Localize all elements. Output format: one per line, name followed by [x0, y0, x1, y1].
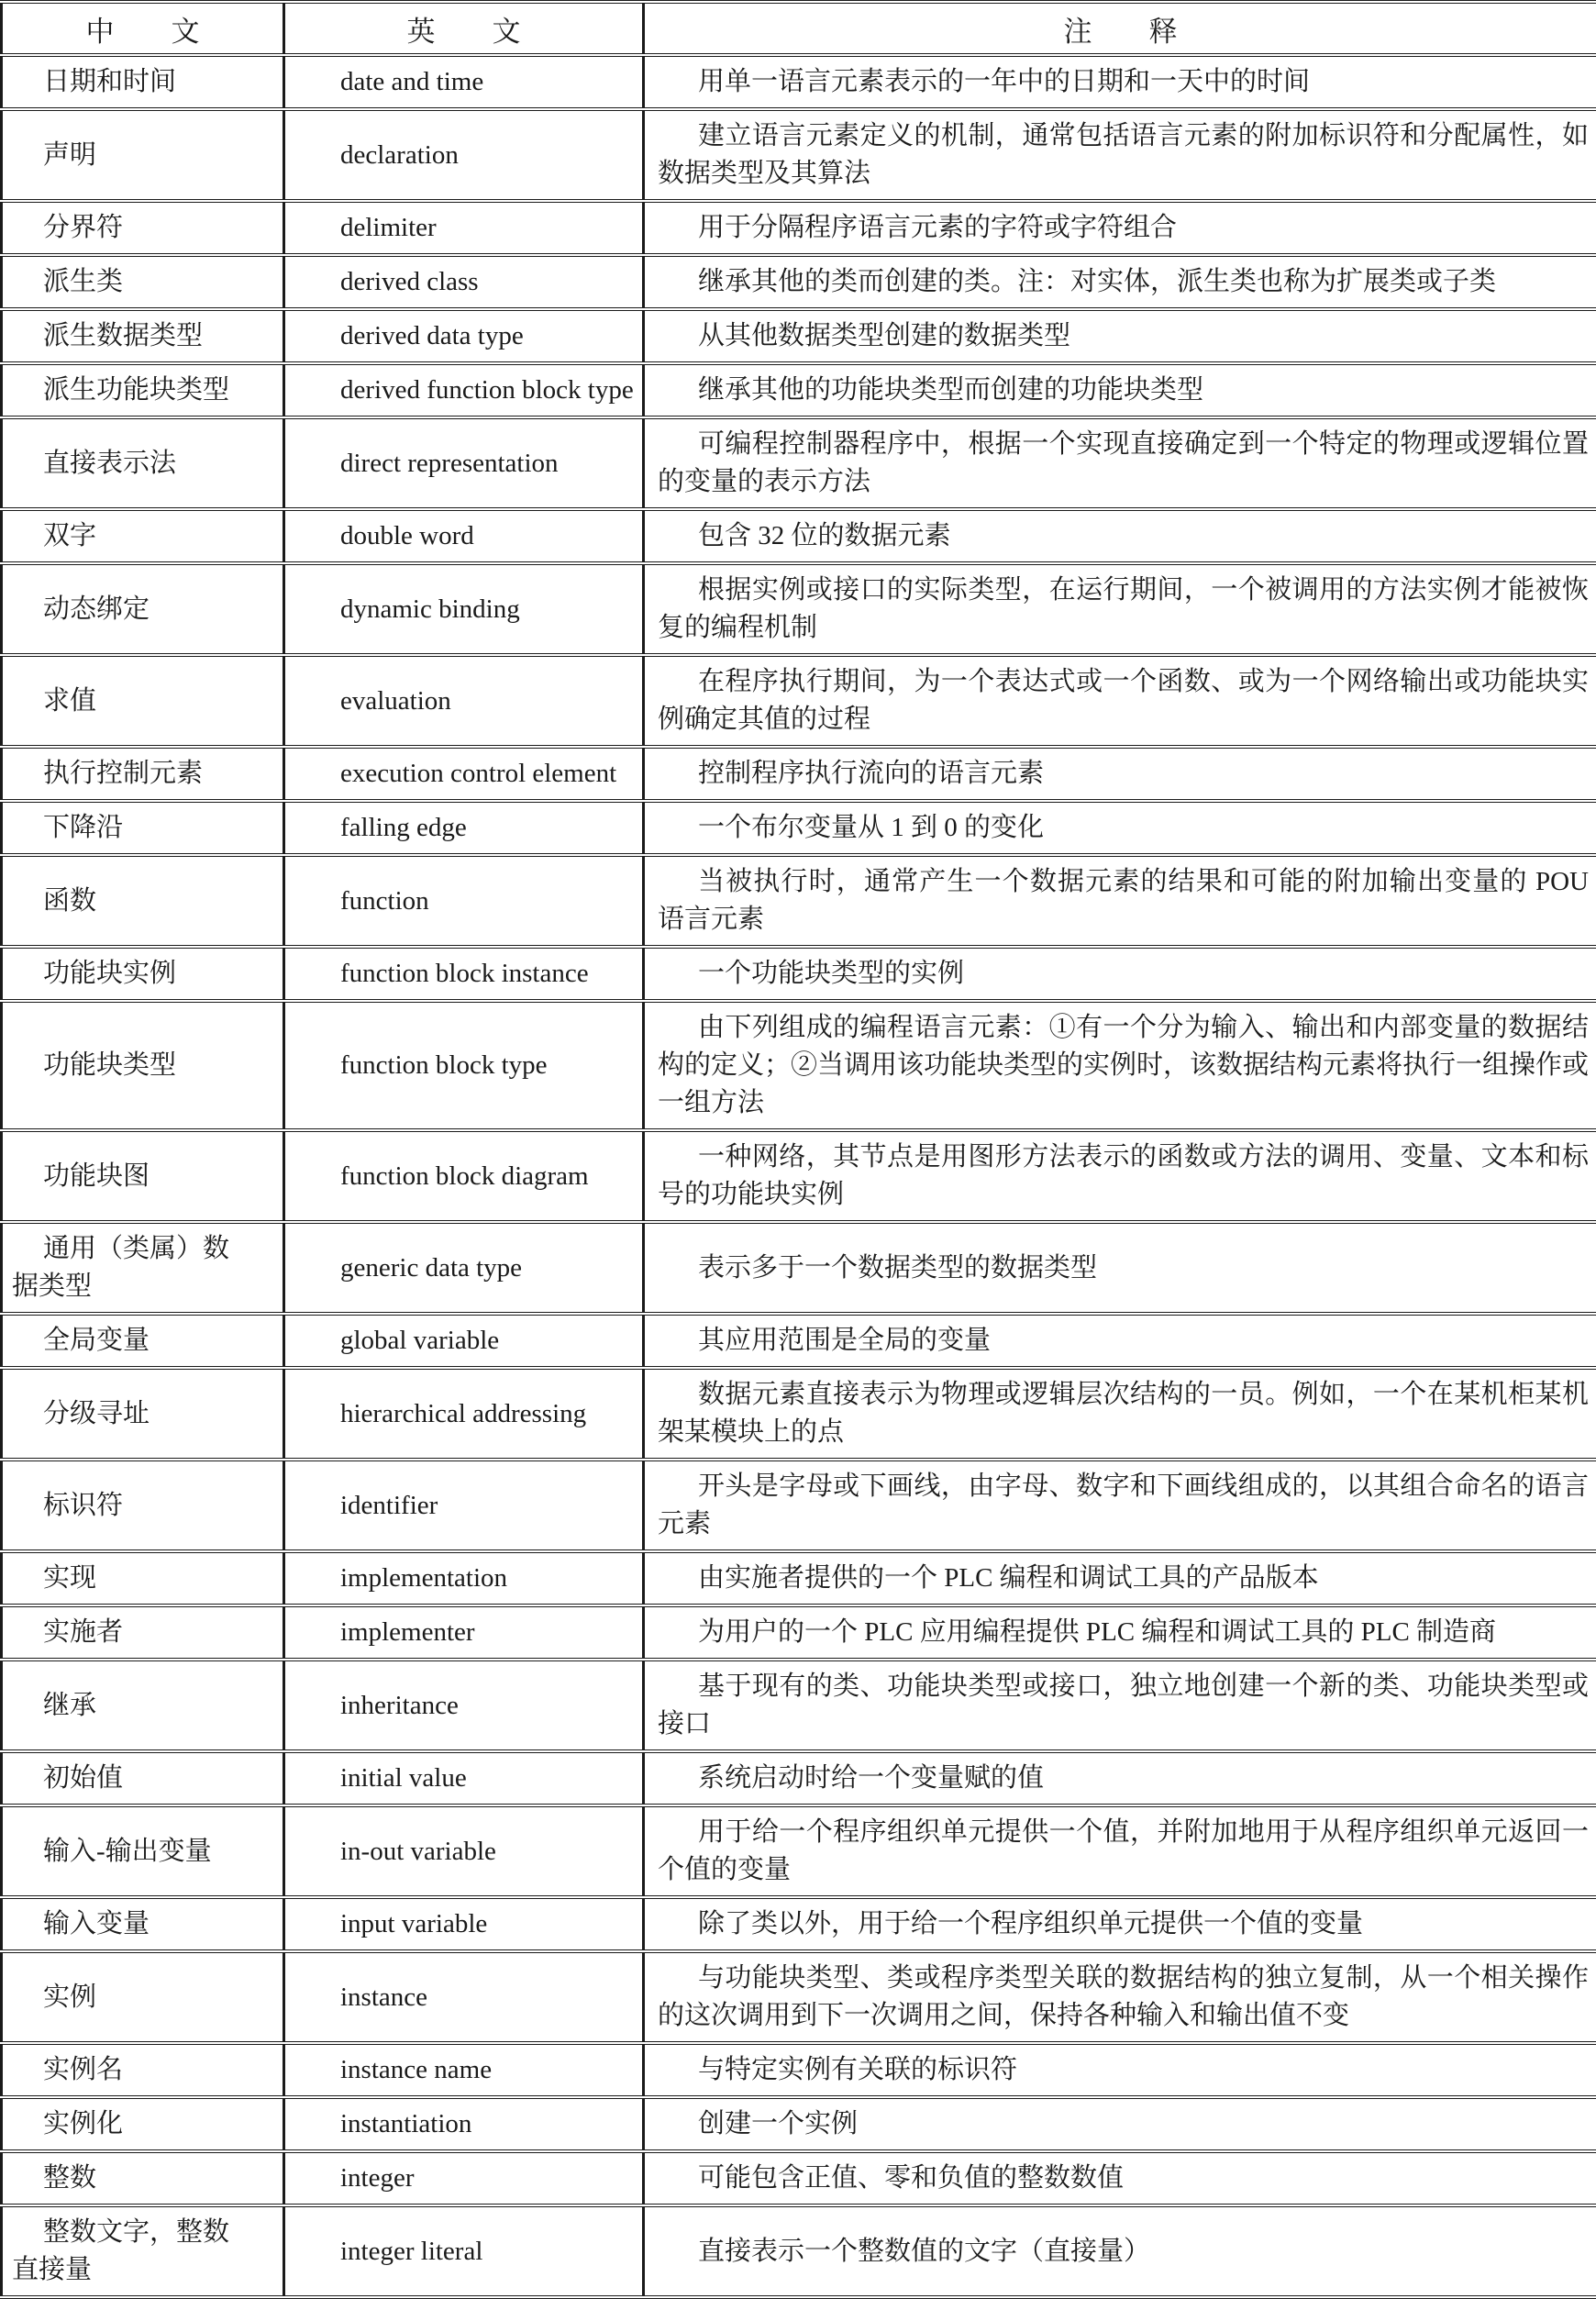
chinese-term-cell: 日期和时间 — [2, 55, 284, 109]
note-cell: 可能包含正值、零和负值的整数数值 — [644, 2151, 1596, 2205]
table-row: 初始值initial value系统启动时给一个变量赋的值 — [2, 1751, 1596, 1805]
table-row: 下降沿falling edge一个布尔变量从 1 到 0 的变化 — [2, 801, 1596, 855]
chinese-term-cell: 分界符 — [2, 201, 284, 255]
english-term-cell: execution control element — [284, 747, 644, 801]
note-cell: 继承其他的类而创建的类。注：对实体，派生类也称为扩展类或子类 — [644, 255, 1596, 309]
chinese-term-cell: 输入变量 — [2, 1897, 284, 1951]
english-term-cell: identifier — [284, 1460, 644, 1551]
english-term-cell: derived class — [284, 255, 644, 309]
english-term-cell: dynamic binding — [284, 563, 644, 655]
table-body: 日期和时间date and time用单一语言元素表示的一年中的日期和一天中的时… — [2, 55, 1596, 2297]
note-cell: 数据元素直接表示为物理或逻辑层次结构的一员。例如，一个在某机柜某机架某模块上的点 — [644, 1368, 1596, 1460]
table-row: 派生类derived class继承其他的类而创建的类。注：对实体，派生类也称为… — [2, 255, 1596, 309]
english-term-cell: implementation — [284, 1551, 644, 1605]
chinese-term-cell: 动态绑定 — [2, 563, 284, 655]
header-row: 中 文 英 文 注 释 — [2, 2, 1596, 55]
note-cell: 表示多于一个数据类型的数据类型 — [644, 1222, 1596, 1314]
english-term-cell: delimiter — [284, 201, 644, 255]
table-row: 输入变量input variable除了类以外，用于给一个程序组织单元提供一个值… — [2, 1897, 1596, 1951]
chinese-term-cell: 派生类 — [2, 255, 284, 309]
table-row: 派生功能块类型derived function block type继承其他的功… — [2, 363, 1596, 417]
table-row: 双字double word包含 32 位的数据元素 — [2, 509, 1596, 563]
chinese-term-cell: 实例 — [2, 1951, 284, 2043]
note-cell: 用于给一个程序组织单元提供一个值，并附加地用于从程序组织单元返回一个值的变量 — [644, 1805, 1596, 1897]
table-row: 日期和时间date and time用单一语言元素表示的一年中的日期和一天中的时… — [2, 55, 1596, 109]
glossary-table: 中 文 英 文 注 释 日期和时间date and time用单一语言元素表示的… — [0, 0, 1596, 2299]
table-row: 求值evaluation在程序执行期间，为一个表达式或一个函数、或为一个网络输出… — [2, 655, 1596, 747]
chinese-term-cell: 实例化 — [2, 2097, 284, 2151]
chinese-term-cell: 分级寻址 — [2, 1368, 284, 1460]
chinese-term-cell: 标识符 — [2, 1460, 284, 1551]
english-term-cell: integer — [284, 2151, 644, 2205]
english-term-cell: generic data type — [284, 1222, 644, 1314]
note-cell: 系统启动时给一个变量赋的值 — [644, 1751, 1596, 1805]
chinese-term-cell: 派生数据类型 — [2, 309, 284, 363]
table-row: 功能块类型function block type由下列组成的编程语言元素：①有一… — [2, 1001, 1596, 1130]
english-term-cell: instantiation — [284, 2097, 644, 2151]
table-row: 功能块图function block diagram一种网络，其节点是用图形方法… — [2, 1130, 1596, 1222]
table-row: 动态绑定dynamic binding根据实例或接口的实际类型，在运行期间，一个… — [2, 563, 1596, 655]
english-term-cell: instance name — [284, 2043, 644, 2097]
english-term-cell: hierarchical addressing — [284, 1368, 644, 1460]
note-cell: 其应用范围是全局的变量 — [644, 1314, 1596, 1368]
english-term-cell: derived function block type — [284, 363, 644, 417]
chinese-term-cell: 功能块类型 — [2, 1001, 284, 1130]
english-term-cell: evaluation — [284, 655, 644, 747]
chinese-term-cell: 功能块图 — [2, 1130, 284, 1222]
english-term-cell: initial value — [284, 1751, 644, 1805]
english-term-cell: integer literal — [284, 2205, 644, 2297]
note-cell: 建立语言元素定义的机制，通常包括语言元素的附加标识符和分配属性，如数据类型及其算… — [644, 109, 1596, 201]
chinese-term-cell: 双字 — [2, 509, 284, 563]
chinese-term-cell: 整数文字，整数直接量 — [2, 2205, 284, 2297]
table-row: 实现implementation由实施者提供的一个 PLC 编程和调试工具的产品… — [2, 1551, 1596, 1605]
english-term-cell: in-out variable — [284, 1805, 644, 1897]
chinese-term-cell: 实现 — [2, 1551, 284, 1605]
note-cell: 根据实例或接口的实际类型，在运行期间，一个被调用的方法实例才能被恢复的编程机制 — [644, 563, 1596, 655]
note-cell: 开头是字母或下画线，由字母、数字和下画线组成的，以其组合命名的语言元素 — [644, 1460, 1596, 1551]
chinese-term-cell: 功能块实例 — [2, 947, 284, 1001]
note-cell: 为用户的一个 PLC 应用编程提供 PLC 编程和调试工具的 PLC 制造商 — [644, 1605, 1596, 1660]
english-term-cell: global variable — [284, 1314, 644, 1368]
note-cell: 在程序执行期间，为一个表达式或一个函数、或为一个网络输出或功能块实例确定其值的过… — [644, 655, 1596, 747]
english-term-cell: implementer — [284, 1605, 644, 1660]
table-row: 实例化instantiation创建一个实例 — [2, 2097, 1596, 2151]
header-english: 英 文 — [284, 2, 644, 55]
note-cell: 基于现有的类、功能块类型或接口，独立地创建一个新的类、功能块类型或接口 — [644, 1660, 1596, 1751]
note-cell: 用于分隔程序语言元素的字符或字符组合 — [644, 201, 1596, 255]
table-row: 函数function当被执行时，通常产生一个数据元素的结果和可能的附加输出变量的… — [2, 855, 1596, 947]
note-cell: 控制程序执行流向的语言元素 — [644, 747, 1596, 801]
chinese-term-cell: 派生功能块类型 — [2, 363, 284, 417]
table-row: 输入-输出变量in-out variable用于给一个程序组织单元提供一个值，并… — [2, 1805, 1596, 1897]
document-page: { "colors": { "border": "#1a1a1a", "text… — [0, 0, 1596, 2299]
english-term-cell: date and time — [284, 55, 644, 109]
chinese-term-cell: 执行控制元素 — [2, 747, 284, 801]
table-row: 声明declaration建立语言元素定义的机制，通常包括语言元素的附加标识符和… — [2, 109, 1596, 201]
note-cell: 除了类以外，用于给一个程序组织单元提供一个值的变量 — [644, 1897, 1596, 1951]
note-cell: 由下列组成的编程语言元素：①有一个分为输入、输出和内部变量的数据结构的定义；②当… — [644, 1001, 1596, 1130]
note-cell: 与功能块类型、类或程序类型关联的数据结构的独立复制，从一个相关操作的这次调用到下… — [644, 1951, 1596, 2043]
table-row: 派生数据类型derived data type从其他数据类型创建的数据类型 — [2, 309, 1596, 363]
chinese-term-cell: 整数 — [2, 2151, 284, 2205]
table-row: 实施者implementer为用户的一个 PLC 应用编程提供 PLC 编程和调… — [2, 1605, 1596, 1660]
english-term-cell: function block diagram — [284, 1130, 644, 1222]
header-notes: 注 释 — [644, 2, 1596, 55]
table-row: 整数文字，整数直接量integer literal直接表示一个整数值的文字（直接… — [2, 2205, 1596, 2297]
note-cell: 从其他数据类型创建的数据类型 — [644, 309, 1596, 363]
note-cell: 创建一个实例 — [644, 2097, 1596, 2151]
chinese-term-cell: 通用（类属）数据类型 — [2, 1222, 284, 1314]
english-term-cell: falling edge — [284, 801, 644, 855]
note-cell: 继承其他的功能块类型而创建的功能块类型 — [644, 363, 1596, 417]
header-chinese: 中 文 — [2, 2, 284, 55]
note-cell: 与特定实例有关联的标识符 — [644, 2043, 1596, 2097]
chinese-term-cell: 直接表示法 — [2, 417, 284, 509]
english-term-cell: function block instance — [284, 947, 644, 1001]
chinese-term-cell: 函数 — [2, 855, 284, 947]
english-term-cell: inheritance — [284, 1660, 644, 1751]
chinese-term-cell: 初始值 — [2, 1751, 284, 1805]
english-term-cell: function — [284, 855, 644, 947]
chinese-term-cell: 全局变量 — [2, 1314, 284, 1368]
table-row: 实例instance与功能块类型、类或程序类型关联的数据结构的独立复制，从一个相… — [2, 1951, 1596, 2043]
table-row: 全局变量global variable其应用范围是全局的变量 — [2, 1314, 1596, 1368]
note-cell: 一个布尔变量从 1 到 0 的变化 — [644, 801, 1596, 855]
chinese-term-cell: 声明 — [2, 109, 284, 201]
table-row: 实例名instance name与特定实例有关联的标识符 — [2, 2043, 1596, 2097]
note-cell: 用单一语言元素表示的一年中的日期和一天中的时间 — [644, 55, 1596, 109]
table-row: 通用（类属）数据类型generic data type表示多于一个数据类型的数据… — [2, 1222, 1596, 1314]
table-row: 标识符identifier开头是字母或下画线，由字母、数字和下画线组成的，以其组… — [2, 1460, 1596, 1551]
note-cell: 直接表示一个整数值的文字（直接量） — [644, 2205, 1596, 2297]
chinese-term-cell: 下降沿 — [2, 801, 284, 855]
table-row: 直接表示法direct representation可编程控制器程序中，根据一个… — [2, 417, 1596, 509]
table-row: 分界符delimiter用于分隔程序语言元素的字符或字符组合 — [2, 201, 1596, 255]
note-cell: 当被执行时，通常产生一个数据元素的结果和可能的附加输出变量的 POU 语言元素 — [644, 855, 1596, 947]
english-term-cell: function block type — [284, 1001, 644, 1130]
table-row: 继承inheritance基于现有的类、功能块类型或接口，独立地创建一个新的类、… — [2, 1660, 1596, 1751]
chinese-term-cell: 实例名 — [2, 2043, 284, 2097]
chinese-term-cell: 输入-输出变量 — [2, 1805, 284, 1897]
english-term-cell: double word — [284, 509, 644, 563]
table-row: 分级寻址hierarchical addressing数据元素直接表示为物理或逻… — [2, 1368, 1596, 1460]
note-cell: 可编程控制器程序中，根据一个实现直接确定到一个特定的物理或逻辑位置的变量的表示方… — [644, 417, 1596, 509]
table-row: 功能块实例function block instance一个功能块类型的实例 — [2, 947, 1596, 1001]
english-term-cell: derived data type — [284, 309, 644, 363]
note-cell: 一种网络，其节点是用图形方法表示的函数或方法的调用、变量、文本和标号的功能块实例 — [644, 1130, 1596, 1222]
note-cell: 一个功能块类型的实例 — [644, 947, 1596, 1001]
table-row: 整数integer可能包含正值、零和负值的整数数值 — [2, 2151, 1596, 2205]
note-cell: 由实施者提供的一个 PLC 编程和调试工具的产品版本 — [644, 1551, 1596, 1605]
chinese-term-cell: 继承 — [2, 1660, 284, 1751]
table-row: 执行控制元素execution control element控制程序执行流向的… — [2, 747, 1596, 801]
english-term-cell: direct representation — [284, 417, 644, 509]
english-term-cell: declaration — [284, 109, 644, 201]
english-term-cell: input variable — [284, 1897, 644, 1951]
chinese-term-cell: 实施者 — [2, 1605, 284, 1660]
note-cell: 包含 32 位的数据元素 — [644, 509, 1596, 563]
chinese-term-cell: 求值 — [2, 655, 284, 747]
english-term-cell: instance — [284, 1951, 644, 2043]
